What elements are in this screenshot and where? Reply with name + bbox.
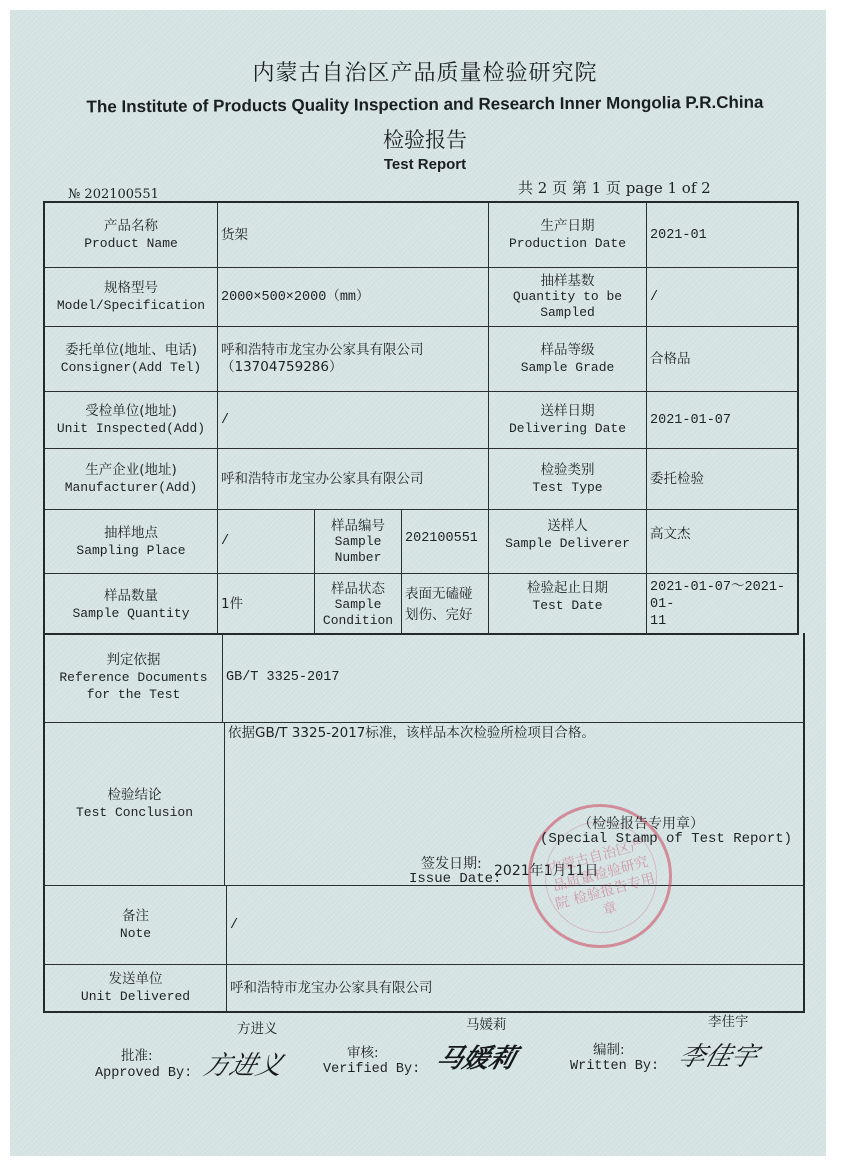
writer-name: 李佳宇 — [708, 1010, 749, 1030]
issue-date-label-en: Issue Date: — [409, 871, 501, 887]
approver-name: 方进义 — [237, 1017, 278, 1037]
verified-by-label-cn: 审核: — [347, 1041, 379, 1061]
issue-date-label-cn: 签发日期: — [421, 853, 482, 873]
conclusion-label: 检验结论 Test Conclusion — [45, 723, 225, 886]
sample-deliverer-value: 高文杰 — [647, 510, 799, 574]
test-date-label: 检验起止日期 Test Date — [489, 574, 647, 635]
stamp-caption-en: (Special Stamp of Test Report) — [540, 831, 792, 847]
written-by-label-cn: 编制: — [593, 1038, 625, 1058]
sample-number-value: 202100551 — [402, 510, 489, 574]
institute-name-cn: 内蒙古自治区产品质量检验研究院 — [0, 56, 850, 87]
unit-delivered-label: 发送单位 Unit Delivered — [45, 965, 227, 1011]
model-value: 2000×500×2000（mm） — [218, 268, 489, 327]
report-number: № 202100551 — [68, 187, 159, 202]
test-type-label: 检验类别 Test Type — [489, 449, 647, 510]
quantity-sampled-label: 抽样基数 Quantity to be Sampled — [489, 268, 647, 327]
sample-quantity-value: 1件 — [218, 574, 315, 635]
approved-by-label-en: Approved By: — [95, 1066, 192, 1081]
report-title-en: Test Report — [0, 156, 850, 173]
unit-delivered-value: 呼和浩特市龙宝办公家具有限公司 — [227, 965, 805, 1011]
sample-number-label: 样品编号 Sample Number — [315, 510, 402, 574]
product-name-value: 货架 — [218, 203, 489, 268]
writer-signature: 李佳宇 — [675, 1036, 763, 1073]
sample-grade-value: 合格品 — [647, 327, 799, 392]
sample-condition-label: 样品状态 Sample Condition — [315, 574, 402, 635]
sampling-place-label: 抽样地点 Sampling Place — [45, 510, 218, 574]
test-date-value: 2021-01-07～2021-01- 11 — [647, 574, 799, 635]
sample-condition-value: 表面无磕碰 划伤、完好 — [402, 574, 489, 635]
info-table: 产品名称 Product Name 货架 生产日期 Production Dat… — [43, 201, 799, 635]
sample-grade-label: 样品等级 Sample Grade — [489, 327, 647, 392]
note-value: / — [227, 886, 805, 965]
quantity-sampled-value: / — [647, 268, 799, 327]
unit-inspected-label: 受检单位(地址) Unit Inspected(Add) — [45, 392, 218, 449]
reference-value: GB/T 3325-2017 — [223, 633, 805, 723]
unit-inspected-value: / — [218, 392, 489, 449]
production-date-label: 生产日期 Production Date — [489, 203, 647, 268]
approved-by-label-cn: 批准: — [121, 1044, 153, 1064]
verifier-name: 马媛莉 — [466, 1013, 507, 1033]
sample-quantity-label: 样品数量 Sample Quantity — [45, 574, 218, 635]
manufacturer-label: 生产企业(地址) Manufacturer(Add) — [45, 449, 218, 510]
delivering-date-value: 2021-01-07 — [647, 392, 799, 449]
approver-signature: 方进义 — [200, 1045, 288, 1082]
manufacturer-value: 呼和浩特市龙宝办公家具有限公司 — [218, 449, 489, 510]
reference-label: 判定依据 Reference Documents for the Test — [45, 633, 223, 723]
page-info: 共 2 页 第 1 页 page 1 of 2 — [518, 177, 711, 198]
written-by-label-en: Written By: — [570, 1059, 659, 1074]
production-date-value: 2021-01 — [647, 203, 799, 268]
delivering-date-label: 送样日期 Delivering Date — [489, 392, 647, 449]
issue-date-value: 2021年1月11日 — [494, 860, 598, 880]
model-label: 规格型号 Model/Specification — [45, 268, 218, 327]
stamp-caption-cn: （检验报告专用章） — [578, 813, 704, 833]
test-type-value: 委托检验 — [647, 449, 799, 510]
consigner-label: 委托单位(地址、电话) Consigner(Add Tel) — [45, 327, 218, 392]
report-title-cn: 检验报告 — [0, 124, 850, 154]
note-label: 备注 Note — [45, 886, 227, 965]
consigner-value: 呼和浩特市龙宝办公家具有限公司 （13704759286） — [218, 327, 489, 392]
sampling-place-value: / — [218, 510, 315, 574]
verified-by-label-en: Verified By: — [323, 1062, 420, 1077]
product-name-label: 产品名称 Product Name — [45, 203, 218, 268]
sample-deliverer-label: 送样人 Sample Deliverer — [489, 510, 647, 574]
verifier-signature: 马媛莉 — [433, 1038, 521, 1075]
